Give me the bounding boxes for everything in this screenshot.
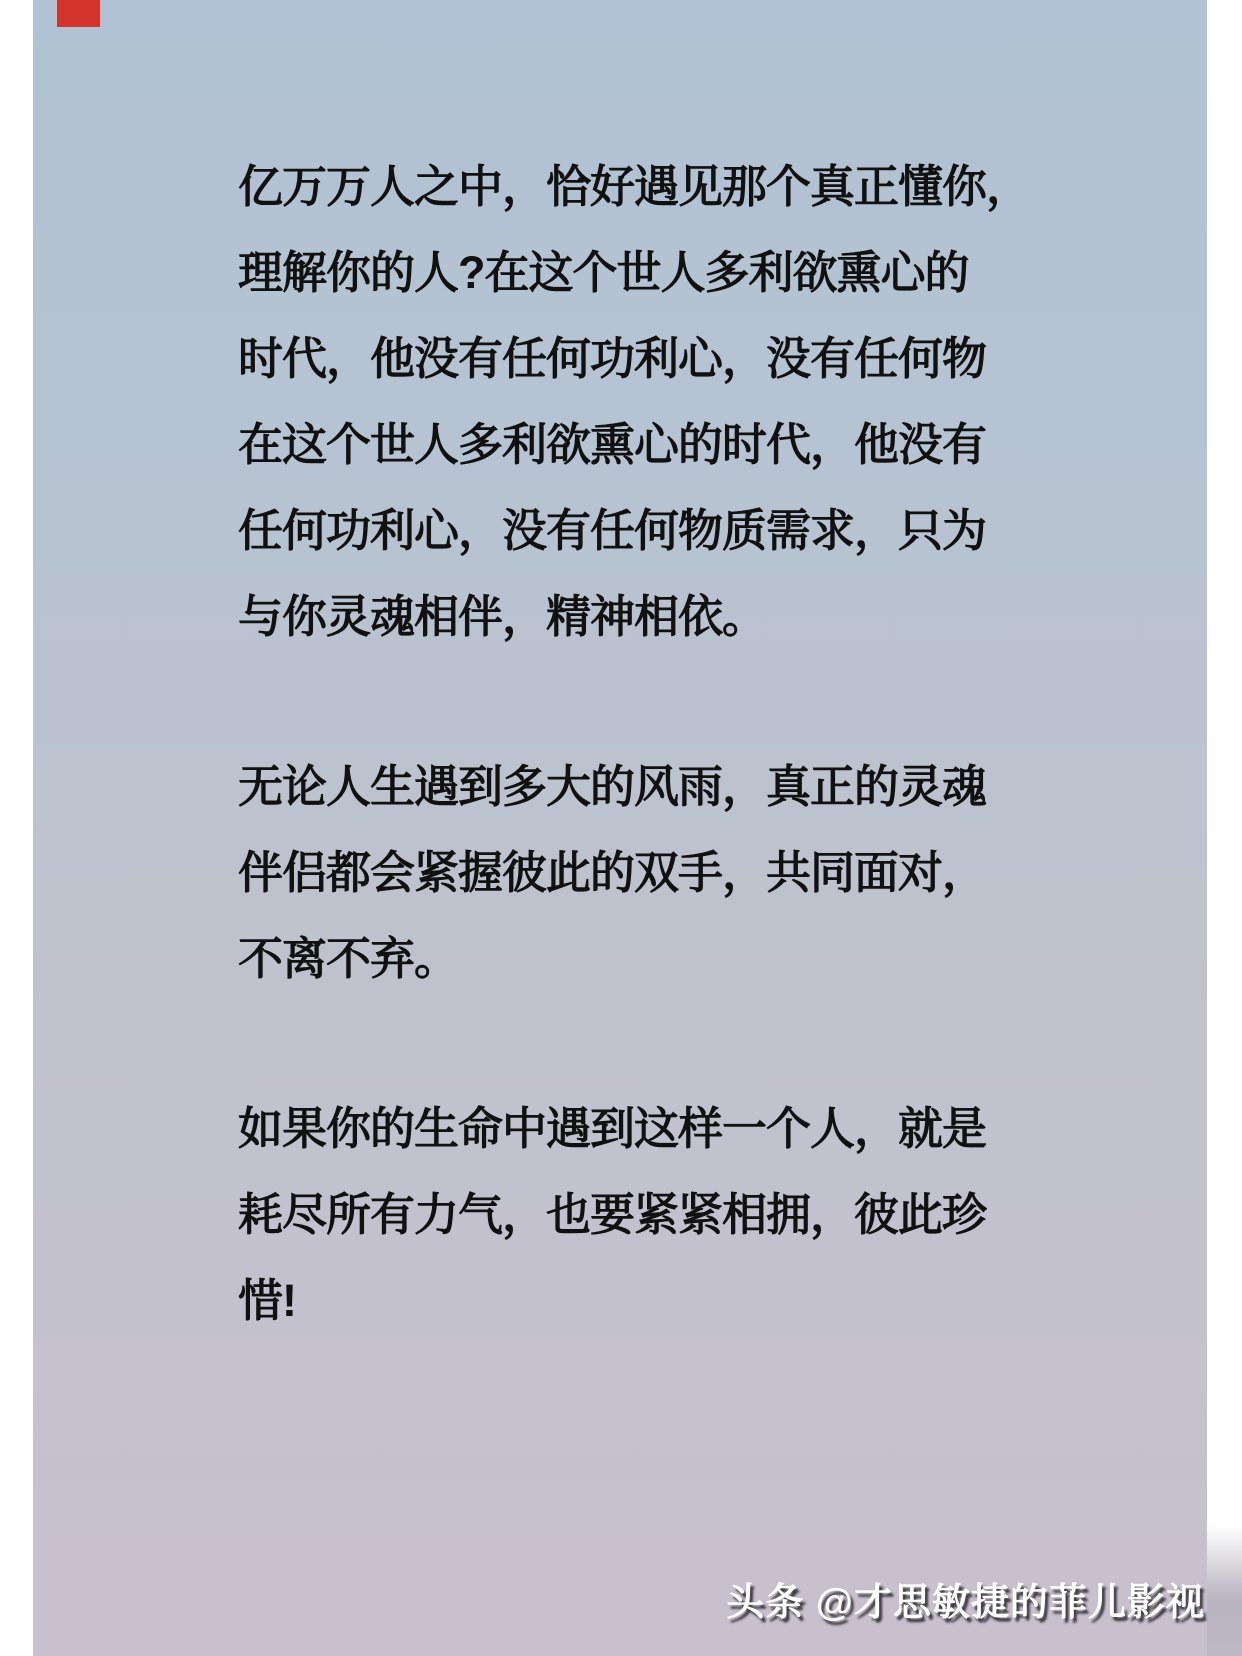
text-line: 任何功利心，没有任何物质需求，只为 [238,488,1098,574]
quote-image-page: 亿万万人之中，恰好遇见那个真正懂你， 理解你的人?在这个世人多利欲熏心的 时代，… [0,0,1242,1656]
paragraph-2: 无论人生遇到多大的风雨，真正的灵魂 伴侣都会紧握彼此的双手，共同面对， 不离不弃… [238,744,1098,1002]
text-line: 伴侣都会紧握彼此的双手，共同面对， [238,830,1098,916]
gradient-quote-card: 亿万万人之中，恰好遇见那个真正懂你， 理解你的人?在这个世人多利欲熏心的 时代，… [33,0,1207,1656]
text-line: 理解你的人?在这个世人多利欲熏心的 [238,230,1098,316]
text-line: 与你灵魂相伴，精神相依。 [238,574,1098,660]
text-line: 惜! [238,1258,1098,1344]
right-edge-shade [1207,1526,1242,1656]
toutiao-watermark: 头条 @才思敏捷的菲儿影视 [726,1571,1205,1626]
paragraph-3: 如果你的生命中遇到这样一个人，就是 耗尽所有力气，也要紧紧相拥，彼此珍 惜! [238,1086,1098,1344]
text-line: 亿万万人之中，恰好遇见那个真正懂你， [238,144,1098,230]
text-line: 时代，他没有任何功利心，没有任何物 [238,316,1098,402]
red-corner-mark [57,0,100,27]
quote-text-block: 亿万万人之中，恰好遇见那个真正懂你， 理解你的人?在这个世人多利欲熏心的 时代，… [238,144,1098,1344]
text-line: 如果你的生命中遇到这样一个人，就是 [238,1086,1098,1172]
text-line: 耗尽所有力气，也要紧紧相拥，彼此珍 [238,1172,1098,1258]
text-line: 在这个世人多利欲熏心的时代，他没有 [238,402,1098,488]
text-line: 不离不弃。 [238,916,1098,1002]
text-line: 无论人生遇到多大的风雨，真正的灵魂 [238,744,1098,830]
paragraph-1: 亿万万人之中，恰好遇见那个真正懂你， 理解你的人?在这个世人多利欲熏心的 时代，… [238,144,1098,660]
